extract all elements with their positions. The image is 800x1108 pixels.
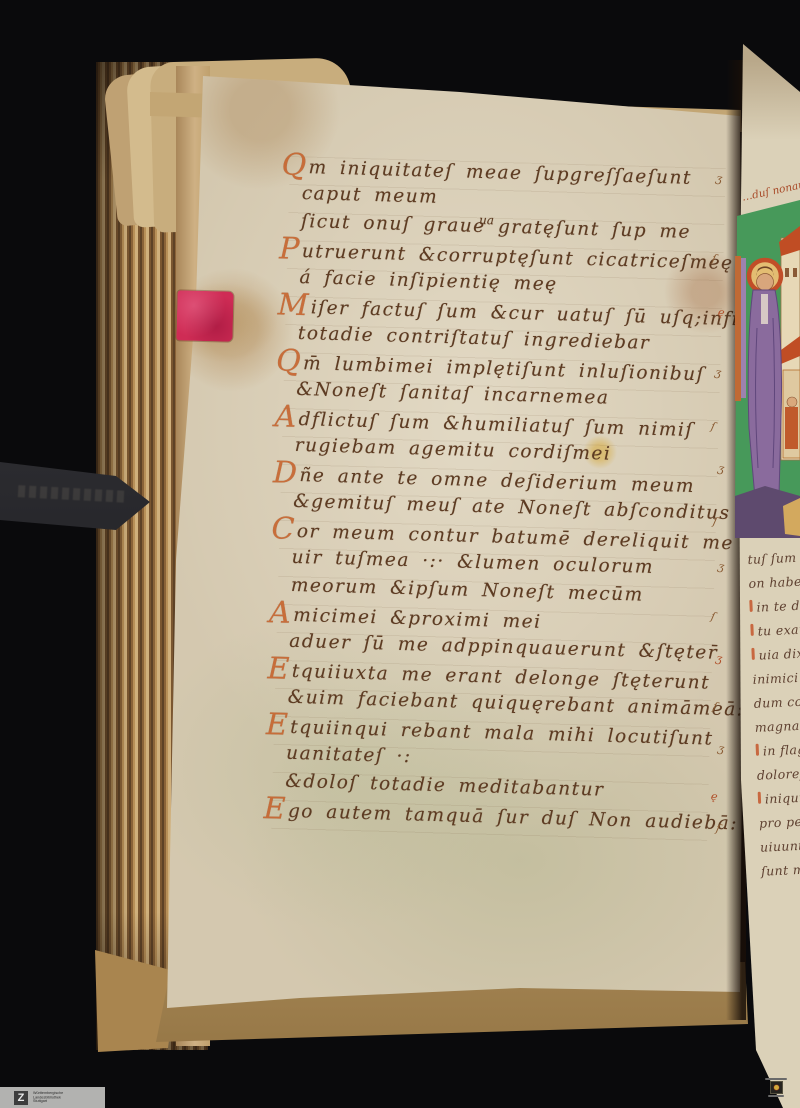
line-text: uanitateſ ·:	[286, 743, 412, 767]
initial-letter: E	[263, 791, 287, 827]
initial-letter: A	[274, 399, 298, 435]
manuscript-photograph: { "document": { "kind": "photograph of a…	[0, 0, 800, 1108]
library-name: Württembergische Landesbibliothek Stuttg…	[33, 1091, 63, 1103]
initial-letter: P	[279, 231, 302, 267]
window	[785, 268, 789, 277]
library-watermark: Z Württembergische Landesbibliothek Stut…	[0, 1087, 105, 1108]
initial-letter: C	[271, 511, 296, 547]
psalm-text-block: Qm iniquitateſ meae ſupgreſſaeſuntcaput …	[284, 152, 769, 837]
robe-highlight	[761, 294, 768, 324]
badge-caption-bar	[765, 1078, 787, 1080]
initial-letter: Q	[276, 343, 303, 379]
initial-letter: Q	[281, 147, 308, 183]
bookmark-tab	[176, 290, 233, 341]
initial-letter: D	[273, 455, 300, 491]
superscript-correction: ua	[479, 206, 495, 234]
line-text: caput meum	[302, 183, 439, 208]
badge-emblem-icon	[770, 1081, 783, 1094]
window	[793, 268, 797, 277]
psalter-miniature	[735, 198, 800, 538]
initial-letter: M	[277, 287, 310, 323]
badge-caption-bar	[768, 1095, 784, 1097]
library-name-line: Stuttgart	[33, 1100, 63, 1104]
line-text: &Noneſt ſanitaſ incarnemea	[296, 379, 610, 409]
seated-figure-robe	[785, 407, 798, 449]
partial-figure	[741, 258, 746, 398]
badge-emblem-dot	[774, 1085, 779, 1090]
corner-badge	[756, 1078, 796, 1104]
line-text: á facie inſipientię meę	[299, 267, 558, 295]
library-logo-icon: Z	[14, 1091, 28, 1105]
saint-head	[757, 274, 774, 291]
seated-figure-head	[787, 397, 797, 407]
initial-letter: A	[269, 595, 293, 631]
partial-figure	[735, 256, 741, 401]
initial-letter: E	[267, 651, 291, 687]
initial-letter: E	[266, 707, 290, 743]
